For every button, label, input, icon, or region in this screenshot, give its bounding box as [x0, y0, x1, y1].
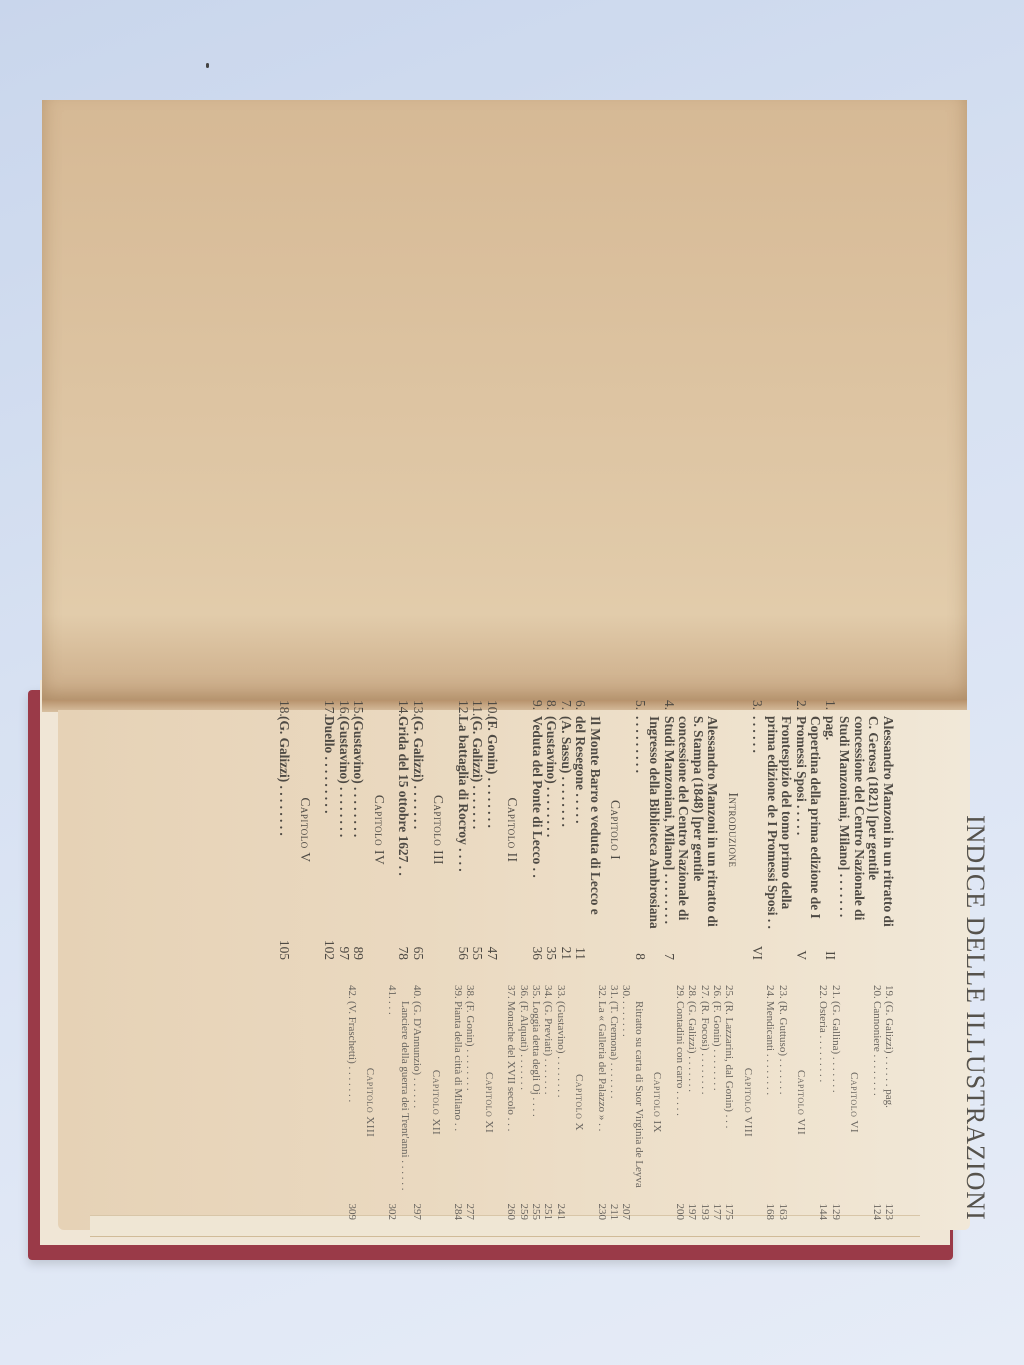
entry-caption: Contadini con carro . . . . . — [673, 1001, 685, 1192]
index-entry: 39.Pianta della città di Milano . .284 — [452, 985, 464, 1220]
entry-number: 39. — [452, 985, 464, 1001]
entry-page-number: 163 — [776, 1192, 788, 1220]
index-entry: 3.Frontespizio del tomo primo della prim… — [750, 700, 794, 960]
entry-number: 33. — [554, 985, 566, 1001]
index-entry: 23.(R. Guttuso) . . . . . . .163 — [776, 985, 788, 1220]
entry-caption: Loggia detta degli Oj . . . . — [530, 1001, 542, 1192]
index-entry: 30.Ritratto su carta di Suor Virginia de… — [620, 985, 645, 1220]
entry-page-number: 175 — [723, 1192, 735, 1220]
entry-page-number: 89 — [351, 932, 366, 960]
entry-page-number: 197 — [686, 1192, 698, 1220]
entry-number: 40. — [411, 985, 423, 1001]
index-entry: 1.Alessandro Manzoni in un ritratto di C… — [823, 700, 896, 960]
entry-number: 37. — [505, 985, 517, 1001]
chapter-heading: Introduzione — [726, 700, 741, 960]
entry-number: 20. — [870, 985, 882, 1001]
entry-page-number: 241 — [554, 1192, 566, 1220]
entry-page-number: 65 — [411, 932, 426, 960]
index-entry: 12.La battaglia di Rocroy . . . .56 — [456, 700, 471, 960]
entry-page-number: 78 — [396, 932, 411, 960]
index-entry: 6.Il Monte Barro e veduta di Lecco e del… — [573, 700, 602, 960]
entry-number: 41. — [386, 985, 398, 1001]
entry-caption: Grida del 15 ottobre 1627 . . — [396, 716, 411, 932]
entry-number: 28. — [686, 985, 698, 1001]
entry-page-number: 207 — [620, 1192, 632, 1220]
entry-number: 29. — [673, 985, 685, 1001]
entry-caption: (G. Galizzi) . . . . . . . — [470, 716, 485, 932]
index-entry: 37.Monache del XVII secolo . . .260 — [505, 985, 517, 1220]
entry-caption: Alessandro Manzoni in un ritratto di C. … — [823, 716, 896, 932]
entry-page-number: 123 — [883, 1192, 895, 1220]
index-entry: 28.(G. Galizzi) . . . . . . .197 — [686, 985, 698, 1220]
index-entry: 16.(Gustavino) . . . . . . . .97 — [337, 700, 352, 960]
entry-number: 15. — [351, 700, 366, 716]
index-left-column: 1.Alessandro Manzoni in un ritratto di C… — [277, 700, 895, 960]
entry-caption: (A. Sassu) . . . . . . . . — [559, 716, 574, 932]
index-entry: 25.(R. Lazzarini, dal Gonin) . . .175 — [723, 985, 735, 1220]
entry-caption: (R. Focosi) . . . . . . . . — [698, 1001, 710, 1192]
entry-number: 21. — [829, 985, 841, 1001]
entry-number: 4. — [662, 700, 677, 716]
index-entry: 32.La « Galleria del Palazzo » . .230 — [595, 985, 607, 1220]
entry-page-number: 35 — [544, 932, 559, 960]
entry-page-number: 55 — [470, 932, 485, 960]
entry-number: 2. — [794, 700, 809, 716]
entry-page-number: 297 — [411, 1192, 423, 1220]
index-entry: 22.Osteria . . . . . . . . .144 — [817, 985, 829, 1220]
entry-caption: (V. Fraschetti) . . . . . . . — [345, 1001, 357, 1192]
entry-page-number: 36 — [530, 932, 545, 960]
index-entry: 15.(Gustavino) . . . . . . . .89 — [351, 700, 366, 960]
entry-number: 25. — [723, 985, 735, 1001]
chapter-heading: Capitolo XII — [429, 985, 441, 1220]
entry-number: 38. — [464, 985, 476, 1001]
entry-number: 30. — [620, 985, 632, 1001]
index-entry: 34.(G. Previati) . . . . . . .251 — [542, 985, 554, 1220]
entry-page-number: 105 — [277, 932, 292, 960]
entry-caption: Ingresso della Biblioteca Ambrosiana . .… — [633, 716, 662, 932]
index-entry: 20.Cannoniere . . . . . . . .124 — [870, 985, 882, 1220]
entry-number: 5. — [633, 700, 648, 716]
chapter-heading: Capitolo II — [505, 700, 520, 960]
chapter-heading: Capitolo X — [573, 985, 585, 1220]
index-entry: 26.(F. Gonin) . . . . . . . .177 — [711, 985, 723, 1220]
entry-page-number: 251 — [542, 1192, 554, 1220]
entry-caption: Duello . . . . . . . . . — [322, 716, 337, 932]
index-entry: 40.(G. D'Annunzio) . . . . . .297 — [411, 985, 423, 1220]
entry-caption: Pianta della città di Milano . . — [452, 1001, 464, 1192]
entry-caption: (G. Previati) . . . . . . . — [542, 1001, 554, 1192]
index-entry: 7.(A. Sassu) . . . . . . . .21 — [559, 700, 574, 960]
entry-caption: Ritratto su carta di Suor Virginia de Le… — [620, 1001, 645, 1192]
entry-page-number: 102 — [322, 932, 337, 960]
entry-caption: Copertina della prima edizione de I Prom… — [794, 716, 823, 932]
entry-page-number: 144 — [817, 1192, 829, 1220]
index-entry: 21.(G. Gallina) . . . . . . .129 — [829, 985, 841, 1220]
entry-number: 16. — [337, 700, 352, 716]
index-entry: 2.Copertina della prima edizione de I Pr… — [794, 700, 823, 960]
entry-number: 7. — [559, 700, 574, 716]
index-entry: 10.(F. Gonin) . . . . . . . .47 — [485, 700, 500, 960]
entry-page-number: 47 — [485, 932, 500, 960]
entry-caption: Il Monte Barro e veduta di Lecco e del R… — [573, 716, 602, 932]
chapter-heading: Capitolo I — [608, 700, 623, 960]
entry-page-number: 259 — [517, 1192, 529, 1220]
entry-caption: (Gustavino) . . . . . . . . — [544, 716, 559, 932]
chapter-heading: Capitolo IX — [651, 985, 663, 1220]
entry-page-number: 8 — [633, 932, 648, 960]
entry-number: 9. — [530, 700, 545, 716]
entry-caption: Cannoniere . . . . . . . . — [870, 1001, 882, 1192]
index-entry: 36.(F. Alquati) . . . . . . .259 — [517, 985, 529, 1220]
index-entry: 17.Duello . . . . . . . . .102 — [322, 700, 337, 960]
index-entry: 35.Loggia detta degli Oj . . . .255 — [530, 985, 542, 1220]
index-entry: 33.(Gustavino) . . . . . . . .241 — [554, 985, 566, 1220]
entry-caption: La battaglia di Rocroy . . . . — [456, 716, 471, 932]
entry-caption: (Gustavino) . . . . . . . . — [337, 716, 352, 932]
entry-number: 14. — [396, 700, 411, 716]
chapter-heading: Capitolo VI — [848, 985, 860, 1220]
entry-number: 1. — [823, 700, 838, 716]
entry-page-number: V — [794, 932, 809, 960]
index-entry: 38.(F. Gonin) . . . . . . . .277 — [464, 985, 476, 1220]
index-entry: 24.Mendicanti . . . . . . . .168 — [764, 985, 776, 1220]
index-entry: 29.Contadini con carro . . . . .200 — [673, 985, 685, 1220]
index-entry: 5.Ingresso della Biblioteca Ambrosiana .… — [633, 700, 662, 960]
index-entry: 19.(G. Galizzi) . . . . . . pag.123 — [883, 985, 895, 1220]
entry-page-number: 124 — [870, 1192, 882, 1220]
entry-number: 18. — [277, 700, 292, 716]
index-entry: 13.(G. Galizzi) . . . . . . .65 — [411, 700, 426, 960]
entry-caption: Mendicanti . . . . . . . . — [764, 1001, 776, 1192]
entry-caption: (F. Gonin) . . . . . . . . — [711, 1001, 723, 1192]
entry-caption: Alessandro Manzoni in un ritratto di S. … — [662, 716, 720, 932]
entry-number: 26. — [711, 985, 723, 1001]
entry-page-number: 200 — [673, 1192, 685, 1220]
entry-caption: (F. Alquati) . . . . . . . — [517, 1001, 529, 1192]
entry-caption: Frontespizio del tomo primo della prima … — [750, 716, 794, 932]
entry-caption: (Gustavino) . . . . . . . . — [554, 1001, 566, 1192]
entry-caption: (G. Galizzi) . . . . . . . . — [277, 716, 292, 932]
entry-page-number: 302 — [386, 1192, 398, 1220]
entry-caption: (G. Galizzi) . . . . . . . — [686, 1001, 698, 1192]
entry-page-number: 7 — [662, 932, 677, 960]
entry-number: 8. — [544, 700, 559, 716]
entry-number: 32. — [595, 985, 607, 1001]
entry-number: 11. — [470, 700, 485, 716]
chapter-heading: Capitolo III — [431, 700, 446, 960]
entry-caption: (G. Gallina) . . . . . . . — [829, 1001, 841, 1192]
page-title: INDICE DELLE ILLUSTRAZIONI — [960, 815, 990, 1221]
index-entry: 4.Alessandro Manzoni in un ritratto di S… — [662, 700, 720, 960]
entry-caption: La « Galleria del Palazzo » . . — [595, 1001, 607, 1192]
entry-caption: Lanciere della guerra dei Trent'anni . .… — [386, 1001, 411, 1192]
entry-number: 3. — [750, 700, 765, 716]
entry-number: 23. — [776, 985, 788, 1001]
entry-caption: (G. Galizzi) . . . . . . pag. — [883, 1001, 895, 1192]
entry-page-number: 260 — [505, 1192, 517, 1220]
index-entry: 18.(G. Galizzi) . . . . . . . .105 — [277, 700, 292, 960]
dust-speck — [206, 63, 209, 68]
entry-page-number: 284 — [452, 1192, 464, 1220]
entry-number: 36. — [517, 985, 529, 1001]
entry-caption: (T. Cremona) . . . . . . . — [608, 1001, 620, 1192]
entry-number: 22. — [817, 985, 829, 1001]
index-entry: 11.(G. Galizzi) . . . . . . .55 — [470, 700, 485, 960]
entry-caption: Monache del XVII secolo . . . — [505, 1001, 517, 1192]
chapter-heading: Capitolo XIII — [364, 985, 376, 1220]
entry-number: 13. — [411, 700, 426, 716]
entry-page-number: 56 — [456, 932, 471, 960]
facing-page-blank — [42, 100, 967, 705]
entry-page-number: 277 — [464, 1192, 476, 1220]
entry-caption: (R. Lazzarini, dal Gonin) . . . — [723, 1001, 735, 1192]
index-right-column: 19.(G. Galizzi) . . . . . . pag.12320.Ca… — [345, 985, 895, 1220]
entry-number: 27. — [698, 985, 710, 1001]
entry-caption: (F. Gonin) . . . . . . . . — [485, 716, 500, 932]
entry-page-number: 168 — [764, 1192, 776, 1220]
entry-caption: (Gustavino) . . . . . . . . — [351, 716, 366, 932]
entry-page-number: 230 — [595, 1192, 607, 1220]
entry-page-number: 255 — [530, 1192, 542, 1220]
entry-caption: (R. Guttuso) . . . . . . . — [776, 1001, 788, 1192]
entry-caption: (G. D'Annunzio) . . . . . . — [411, 1001, 423, 1192]
index-entry: 8.(Gustavino) . . . . . . . .35 — [544, 700, 559, 960]
entry-caption: (G. Galizzi) . . . . . . . — [411, 716, 426, 932]
chapter-heading: Capitolo V — [298, 700, 313, 960]
entry-page-number: 177 — [711, 1192, 723, 1220]
index-entry: 9.Veduta del Ponte di Lecco . .36 — [530, 700, 545, 960]
entry-number: 35. — [530, 985, 542, 1001]
chapter-heading: Capitolo IV — [372, 700, 387, 960]
entry-caption: Veduta del Ponte di Lecco . . — [530, 716, 545, 932]
entry-number: 31. — [608, 985, 620, 1001]
index-entry: 14.Grida del 15 ottobre 1627 . .78 — [396, 700, 411, 960]
entry-page-number: 21 — [559, 932, 574, 960]
entry-number: 6. — [573, 700, 588, 716]
entry-page-number: 11 — [573, 932, 588, 960]
entry-number: 24. — [764, 985, 776, 1001]
entry-page-number: 193 — [698, 1192, 710, 1220]
rotated-index-content: INDICE DELLE ILLUSTRAZIONI 1.Alessandro … — [115, 700, 895, 1200]
entry-page-number: 97 — [337, 932, 352, 960]
entry-page-number: 129 — [829, 1192, 841, 1220]
entry-number: 42. — [345, 985, 357, 1001]
entry-caption: (F. Gonin) . . . . . . . . — [464, 1001, 476, 1192]
entry-number: 10. — [485, 700, 500, 716]
index-entry: 31.(T. Cremona) . . . . . . .211 — [608, 985, 620, 1220]
entry-number: 17. — [322, 700, 337, 716]
chapter-heading: Capitolo VIII — [741, 985, 753, 1220]
entry-page-number: VI — [750, 932, 765, 960]
entry-caption: Osteria . . . . . . . . . — [817, 1001, 829, 1192]
chapter-heading: Capitolo XI — [482, 985, 494, 1220]
entry-number: 12. — [456, 700, 471, 716]
entry-page-number: 309 — [345, 1192, 357, 1220]
entry-page-number: II — [823, 932, 838, 960]
entry-number: 34. — [542, 985, 554, 1001]
index-entry: 41.Lanciere della guerra dei Trent'anni … — [386, 985, 411, 1220]
entry-number: 19. — [883, 985, 895, 1001]
index-entry: 27.(R. Focosi) . . . . . . . .193 — [698, 985, 710, 1220]
entry-page-number: 211 — [608, 1192, 620, 1220]
chapter-heading: Capitolo VII — [795, 985, 807, 1220]
index-entry: 42.(V. Fraschetti) . . . . . . .309 — [345, 985, 357, 1220]
